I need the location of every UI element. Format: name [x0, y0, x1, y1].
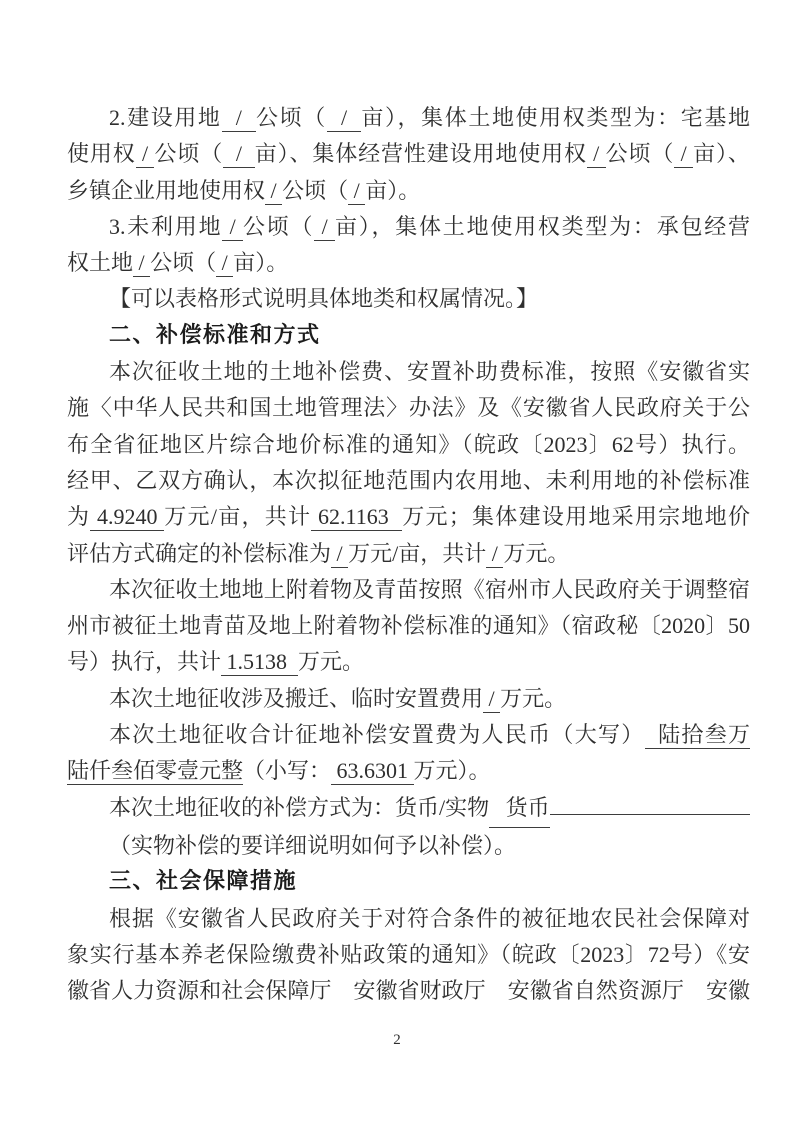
filled-blank: / — [136, 141, 155, 168]
document-line: 本次土地征收合计征地补偿安置费为人民币（大写） 陆拾叁万 — [67, 717, 750, 753]
blank-underline — [550, 813, 750, 815]
section-heading: 二、补偿标准和方式 — [67, 318, 750, 354]
text-run: 亩）。 — [233, 250, 288, 275]
filled-blank: 陆拾叁万 — [645, 722, 750, 749]
text-run: （小写： — [243, 758, 331, 783]
text-run: 州市被征土地青苗及地上附着物补偿标准的通知》（宿政秘〔2020〕50 — [67, 613, 750, 638]
filled-blank: 4.9240 — [90, 504, 164, 531]
document-body: 2.建设用地 / 公顷（ / 亩），集体土地使用权类型为：宅基地使用权 / 公顷… — [67, 100, 750, 1009]
text-run: 权土地 — [67, 250, 133, 275]
document-line: 号）执行，共计 1.5138 万元。 — [67, 644, 750, 680]
document-line: 施〈中华人民共和国土地管理法〉办法》及《安徽省人民政府关于公 — [67, 390, 750, 426]
text-run: 使用权 — [67, 141, 136, 166]
filled-blank: / — [222, 105, 257, 132]
document-page: 2.建设用地 / 公顷（ / 亩），集体土地使用权类型为：宅基地使用权 / 公顷… — [0, 0, 794, 1123]
text-run: （实物补偿的要详细说明如何予以补偿）。 — [109, 833, 516, 858]
document-line: 根据《安徽省人民政府关于对符合条件的被征地农民社会保障对 — [67, 901, 750, 937]
filled-blank: / — [331, 541, 348, 568]
text-run: 公顷（ — [256, 105, 327, 130]
document-line: 评估方式确定的补偿标准为 / 万元/亩，共计 / 万元。 — [67, 536, 750, 572]
text-run: 徽省人力资源和社会保障厅 安徽省财政厅 安徽省自然资源厅 安徽 — [67, 978, 750, 1003]
text-run: 本次土地征收涉及搬迁、临时安置费用 — [109, 686, 483, 711]
document-line: 本次土地征收的补偿方式为：货币/实物 货币 — [67, 790, 750, 828]
filled-blank: / — [483, 686, 500, 713]
document-line: 本次征收土地的土地补偿费、安置补助费标准，按照《安徽省实 — [67, 354, 750, 390]
document-line: 经甲、乙双方确认，本次拟征地范围内农用地、未利用地的补偿标准 — [67, 463, 750, 499]
text-run: 亩），集体土地使用权类型为：承包经营 — [335, 214, 750, 239]
filled-blank: / — [314, 214, 335, 241]
text-run: 公顷（ — [282, 178, 348, 203]
text-run: 三、社会保障措施 — [109, 869, 297, 894]
filled-blank: / — [327, 105, 362, 132]
document-line: 权土地 / 公顷（ / 亩）。 — [67, 245, 750, 281]
text-run: 本次土地征收的补偿方式为：货币/实物 — [109, 790, 489, 826]
document-line: 【可以表格形式说明具体地类和权属情况。】 — [67, 281, 750, 317]
filled-blank: 1.5138 — [221, 649, 298, 676]
text-run: 万元；集体建设用地采用宗地地价 — [402, 504, 750, 529]
document-line: 徽省人力资源和社会保障厅 安徽省财政厅 安徽省自然资源厅 安徽 — [67, 973, 750, 1009]
document-line: 为 4.9240 万元/亩，共计 62.1163 万元；集体建设用地采用宗地地价 — [67, 499, 750, 535]
filled-blank: 货币 — [489, 790, 550, 828]
text-run: 评估方式确定的补偿标准为 — [67, 541, 331, 566]
text-run: 乡镇企业用地使用权 — [67, 178, 265, 203]
text-run: 经甲、乙双方确认，本次拟征地范围内农用地、未利用地的补偿标准 — [67, 468, 750, 493]
document-line: 布全省征地区片综合地价标准的通知》（皖政〔2023〕62号）执行。 — [67, 427, 750, 463]
filled-blank: / — [486, 541, 503, 568]
document-line: （实物补偿的要详细说明如何予以补偿）。 — [67, 828, 750, 864]
text-run: 公顷（ — [606, 141, 675, 166]
text-run: 号）执行，共计 — [67, 649, 221, 674]
text-run: 3.未利用地 — [109, 214, 222, 239]
document-line: 2.建设用地 / 公顷（ / 亩），集体土地使用权类型为：宅基地 — [67, 100, 750, 136]
document-line: 3.未利用地 / 公顷（ / 亩），集体土地使用权类型为：承包经营 — [67, 209, 750, 245]
text-run: 【可以表格形式说明具体地类和权属情况。】 — [109, 286, 538, 311]
text-run: 象实行基本养老保险缴费补贴政策的通知》（皖政〔2023〕72号）《安 — [67, 942, 750, 967]
text-run: 万元。 — [500, 686, 566, 711]
text-run: 本次征收土地的土地补偿费、安置补助费标准，按照《安徽省实 — [109, 359, 750, 384]
text-run: 亩），集体土地使用权类型为：宅基地 — [361, 105, 750, 130]
section-heading: 三、社会保障措施 — [67, 864, 750, 900]
document-line: 本次土地征收涉及搬迁、临时安置费用 / 万元。 — [67, 681, 750, 717]
document-line: 乡镇企业用地使用权 / 公顷（ / 亩）。 — [67, 173, 750, 209]
text-run: 为 — [67, 504, 90, 529]
text-run: 二、补偿标准和方式 — [109, 323, 321, 348]
document-line: 州市被征土地青苗及地上附着物补偿标准的通知》（宿政秘〔2020〕50 — [67, 608, 750, 644]
filled-blank: / — [674, 141, 693, 168]
document-line: 陆仟叁佰零壹元整（小写： 63.6301 万元）。 — [67, 753, 750, 789]
filled-blank: 陆仟叁佰零壹元整 — [67, 758, 243, 785]
text-run: 万元）。 — [414, 758, 491, 783]
document-line: 使用权 / 公顷（ / 亩）、集体经营性建设用地使用权 / 公顷（ / 亩）、 — [67, 136, 750, 172]
filled-blank: 63.6301 — [331, 758, 414, 785]
filled-blank: / — [222, 214, 243, 241]
text-run: 亩）、 — [693, 141, 750, 166]
text-run: 施〈中华人民共和国土地管理法〉办法》及《安徽省人民政府关于公 — [67, 395, 750, 420]
text-run: 万元/亩，共计 — [348, 541, 486, 566]
text-run: 万元/亩，共计 — [164, 504, 311, 529]
filled-blank: / — [223, 141, 255, 168]
text-run: 万元。 — [503, 541, 569, 566]
text-run: 亩）、集体经营性建设用地使用权 — [255, 141, 587, 166]
page-number: 2 — [0, 1032, 794, 1049]
filled-blank: / — [348, 178, 365, 205]
document-line: 象实行基本养老保险缴费补贴政策的通知》（皖政〔2023〕72号）《安 — [67, 937, 750, 973]
filled-blank: 62.1163 — [311, 504, 402, 531]
text-run: 2.建设用地 — [109, 105, 222, 130]
text-run: 公顷（ — [243, 214, 314, 239]
text-run: 本次土地征收合计征地补偿安置费为人民币（大写） — [109, 722, 645, 747]
text-run: 亩）。 — [365, 178, 420, 203]
text-run: 布全省征地区片综合地价标准的通知》（皖政〔2023〕62号）执行。 — [67, 432, 750, 457]
filled-blank: / — [133, 250, 150, 277]
text-run: 万元。 — [298, 649, 364, 674]
text-run: 根据《安徽省人民政府关于对符合条件的被征地农民社会保障对 — [109, 906, 750, 931]
filled-blank: / — [265, 178, 282, 205]
document-line: 本次征收土地地上附着物及青苗按照《宿州市人民政府关于调整宿 — [67, 572, 750, 608]
text-run: 公顷（ — [150, 250, 216, 275]
text-run: 本次征收土地地上附着物及青苗按照《宿州市人民政府关于调整宿 — [109, 577, 750, 602]
filled-blank: / — [587, 141, 606, 168]
filled-blank: / — [216, 250, 233, 277]
text-run: 公顷（ — [154, 141, 223, 166]
